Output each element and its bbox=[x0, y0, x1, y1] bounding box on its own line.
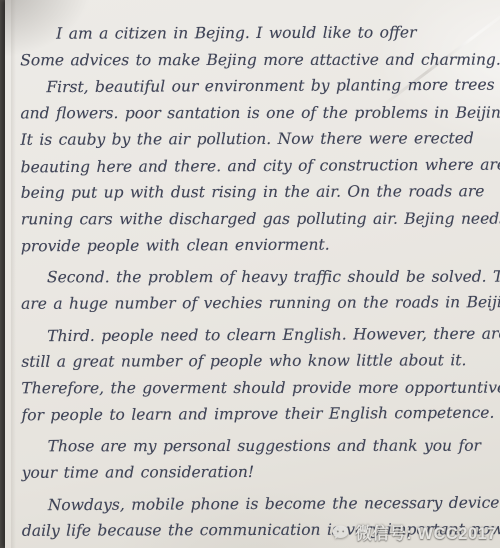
essay-line: I am a citizen in Bejing. I would like t… bbox=[20, 19, 493, 47]
essay-line: It is cauby by the air pollution. Now th… bbox=[20, 125, 493, 153]
essay-line: for people to learn and improve their En… bbox=[21, 400, 494, 429]
essay-line: beauting here and there. and city of con… bbox=[21, 151, 494, 180]
essay-line: are a huge number of vechies running on … bbox=[21, 289, 494, 317]
essay-line: your time and consideration! bbox=[22, 458, 495, 486]
essay-line: Those are my personal suggestions and th… bbox=[22, 432, 495, 459]
essay-line: and flowers. poor santation is one of th… bbox=[20, 99, 493, 126]
essay-line: Therefore, the goverment should provide … bbox=[21, 374, 494, 401]
essay-line: still a great number of people who know … bbox=[21, 347, 494, 375]
essay-line: Third. people need to clearn English. Ho… bbox=[21, 320, 494, 349]
essay-line: Some advices to make Bejing more attacti… bbox=[20, 46, 493, 73]
essay-line: runing cars withe discharged gas polluti… bbox=[21, 205, 494, 232]
essay-line: First, beautiful our environment by plan… bbox=[20, 72, 493, 101]
watermark: 微信号: WCC2017 bbox=[331, 520, 497, 544]
essay-line: provide people with clean enviorment. bbox=[21, 231, 494, 260]
wechat-icon bbox=[331, 523, 350, 542]
handwritten-essay-photo: I am a citizen in Bejing. I would like t… bbox=[0, 0, 500, 548]
watermark-text: 微信号: WCC2017 bbox=[355, 520, 497, 544]
essay-line: Nowdays, mobile phone is become the nece… bbox=[22, 489, 495, 518]
essay-body: I am a citizen in Bejing. I would like t… bbox=[4, 0, 500, 548]
essay-line: being put up with dust rising in the air… bbox=[21, 178, 494, 206]
essay-line: Second. the problem of heavy traffic sho… bbox=[21, 263, 494, 290]
